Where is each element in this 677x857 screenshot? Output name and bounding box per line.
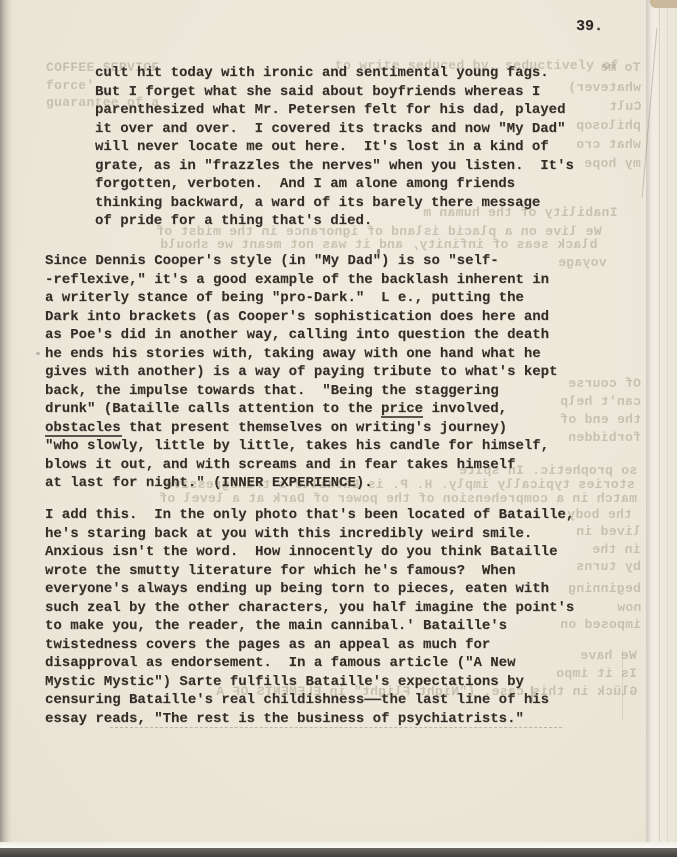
bleedthrough-text: in the xyxy=(592,542,641,558)
scan-edge-bottom xyxy=(0,848,677,857)
underline-price-mark xyxy=(381,416,423,418)
bleedthrough-text: voyage xyxy=(558,255,607,271)
stacked-page-edge-line xyxy=(667,0,668,848)
bleedthrough-text: what cro xyxy=(576,137,641,153)
paragraph-cooper-bataille: Since Dennis Cooper's style (in "My Dad"… xyxy=(45,252,557,493)
bleedthrough-text: philosop xyxy=(576,118,641,134)
bleedthrough-text: can't help xyxy=(560,394,641,410)
bleedthrough-text: beginning xyxy=(568,581,641,597)
scan-edge-left xyxy=(0,0,13,842)
underline-obstacles-mark xyxy=(45,435,122,437)
faint-pencil-line xyxy=(110,727,562,728)
bleedthrough-text: To me xyxy=(600,60,641,76)
bleedthrough-text: Cult xyxy=(609,99,641,115)
bleedthrough-text: lived in xyxy=(576,524,641,540)
paragraph-bataille-photo: I add this. In the only photo that's bee… xyxy=(45,506,574,728)
page-right-edge-stack xyxy=(646,0,677,848)
ink-speck xyxy=(531,686,533,702)
page-crease xyxy=(622,650,623,720)
bleedthrough-text: force' xyxy=(46,78,95,94)
ink-speck xyxy=(377,249,380,254)
scanned-page: COFFEE SERVICE to write seduced by, sedu… xyxy=(0,0,677,857)
bleedthrough-text: We have xyxy=(580,648,637,664)
stacked-page-edge-line xyxy=(659,0,660,848)
bleedthrough-text: now xyxy=(617,600,641,616)
bleedthrough-text: by turns xyxy=(576,559,641,575)
page-number: 39. xyxy=(576,18,603,36)
bleedthrough-text: match in a comprehension of the power of… xyxy=(159,491,637,507)
bleedthrough-text: Of course xyxy=(568,376,641,392)
page-corner-notch xyxy=(650,0,677,8)
paragraph-opening-quote: cult hit today with ironic and sentiment… xyxy=(95,64,574,231)
bleedthrough-text: whatever) xyxy=(568,80,641,96)
bleedthrough-text: my hope xyxy=(584,156,641,172)
ink-speck xyxy=(36,352,40,355)
bleedthrough-text: forbidden xyxy=(568,430,641,446)
bleedthrough-text: the end of xyxy=(560,412,641,428)
